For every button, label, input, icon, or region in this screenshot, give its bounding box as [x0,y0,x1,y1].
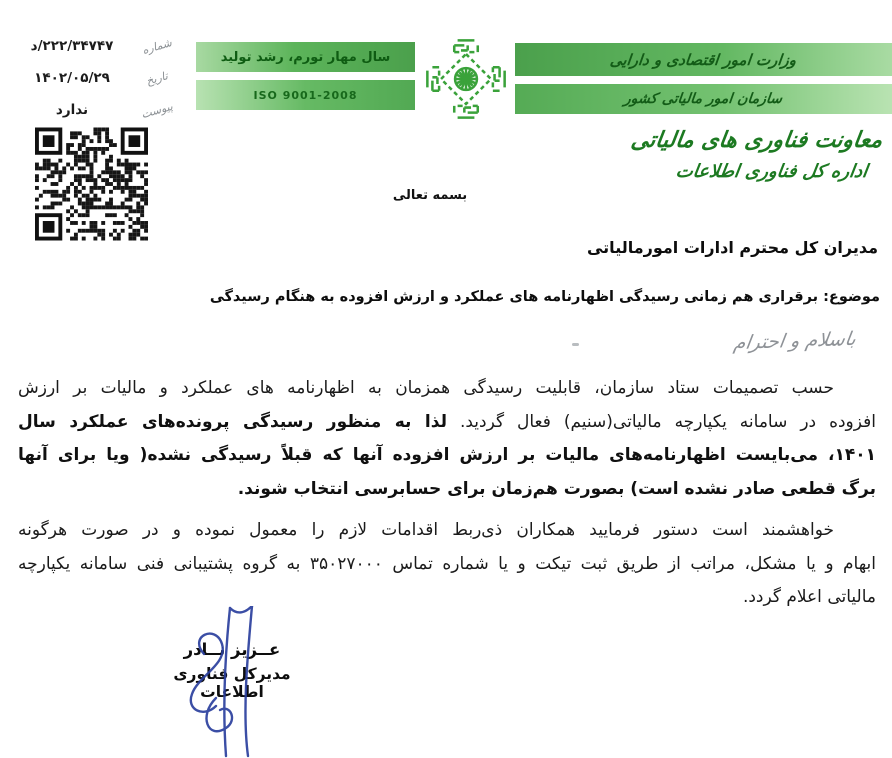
subject-line: موضوع: برقراری هم زمانی رسیدگی اظهارنامه… [210,289,880,305]
attachment-label: پیوست [135,98,179,122]
body-line: ابهام و یا مشکل، مراتب از طریق ثبت تیکت … [18,548,876,582]
organization-banner: سازمان امور مالیاتی کشور [515,84,892,114]
meta-row-attachment: پیوست ندارد [8,94,178,126]
body-line: ۱۴۰۱، می‌بایست اظهارنامه‌های مالیات بر ا… [18,439,876,473]
body-line: خواهشمند است دستور فرمایید همکاران ذی‌رب… [18,514,876,548]
body-text-bold: لذا به منظور رسیدگی پرونده‌های عملکرد سا… [18,412,447,432]
department-heading: معاونت فناوری های مالیاتی اداره کل فناور… [631,128,882,182]
slogan-banner-text: سال مهار تورم، رشد تولید [221,50,391,65]
letter-meta-fields: شماره ۲۲۲/۳۴۷۴۷/د تاریخ ۱۴۰۲/۰۵/۲۹ پیوست… [8,30,178,126]
qr-code [35,127,148,241]
letter-body: حسب تصمیمات ستاد سازمان، قابلیت رسیدگی ه… [18,372,876,615]
tax-administration-logo-icon [424,36,508,122]
handwritten-signature [168,606,338,758]
body-line: برگ قطعی صادر نشده است) بصورت هم‌زمان بر… [18,473,876,507]
ministry-banner: وزارت امور اقتصادی و دارایی [515,43,892,76]
body-text-regular: افزوده در سامانه یکپارچه مالیاتی(سنیم) ف… [447,412,876,432]
deputy-title: معاونت فناوری های مالیاتی [629,128,884,153]
number-label: شماره [135,34,179,58]
number-value: ۲۲۲/۳۴۷۴۷/د [8,38,136,54]
basmala: بسمه تعالی [330,188,530,203]
recipient-line: مدیران کل محترم ادارات امورمالیاتی [587,238,878,257]
salutation-handwritten: باسلام و احترام [732,328,857,354]
slogan-banner: سال مهار تورم، رشد تولید [196,42,415,72]
office-title: اداره کل فناوری اطلاعات [659,161,883,182]
organization-banner-text: سازمان امور مالیاتی کشور [624,91,784,107]
meta-row-date: تاریخ ۱۴۰۲/۰۵/۲۹ [8,62,178,94]
body-line: مالیاتی اعلام گردد. [18,581,876,615]
date-value: ۱۴۰۲/۰۵/۲۹ [8,70,136,86]
iso-banner-text: ISO 9001-2008 [254,89,358,102]
attachment-value: ندارد [8,102,136,118]
scan-artifact-mark [572,343,579,346]
body-line: افزوده در سامانه یکپارچه مالیاتی(سنیم) ف… [18,406,876,440]
date-label: تاریخ [135,66,179,90]
letter-page: شماره ۲۲۲/۳۴۷۴۷/د تاریخ ۱۴۰۲/۰۵/۲۹ پیوست… [0,0,892,758]
meta-row-number: شماره ۲۲۲/۳۴۷۴۷/د [8,30,178,62]
ministry-banner-text: وزارت امور اقتصادی و دارایی [609,51,797,69]
iso-banner: ISO 9001-2008 [196,80,415,110]
body-line: حسب تصمیمات ستاد سازمان، قابلیت رسیدگی ه… [18,372,876,406]
